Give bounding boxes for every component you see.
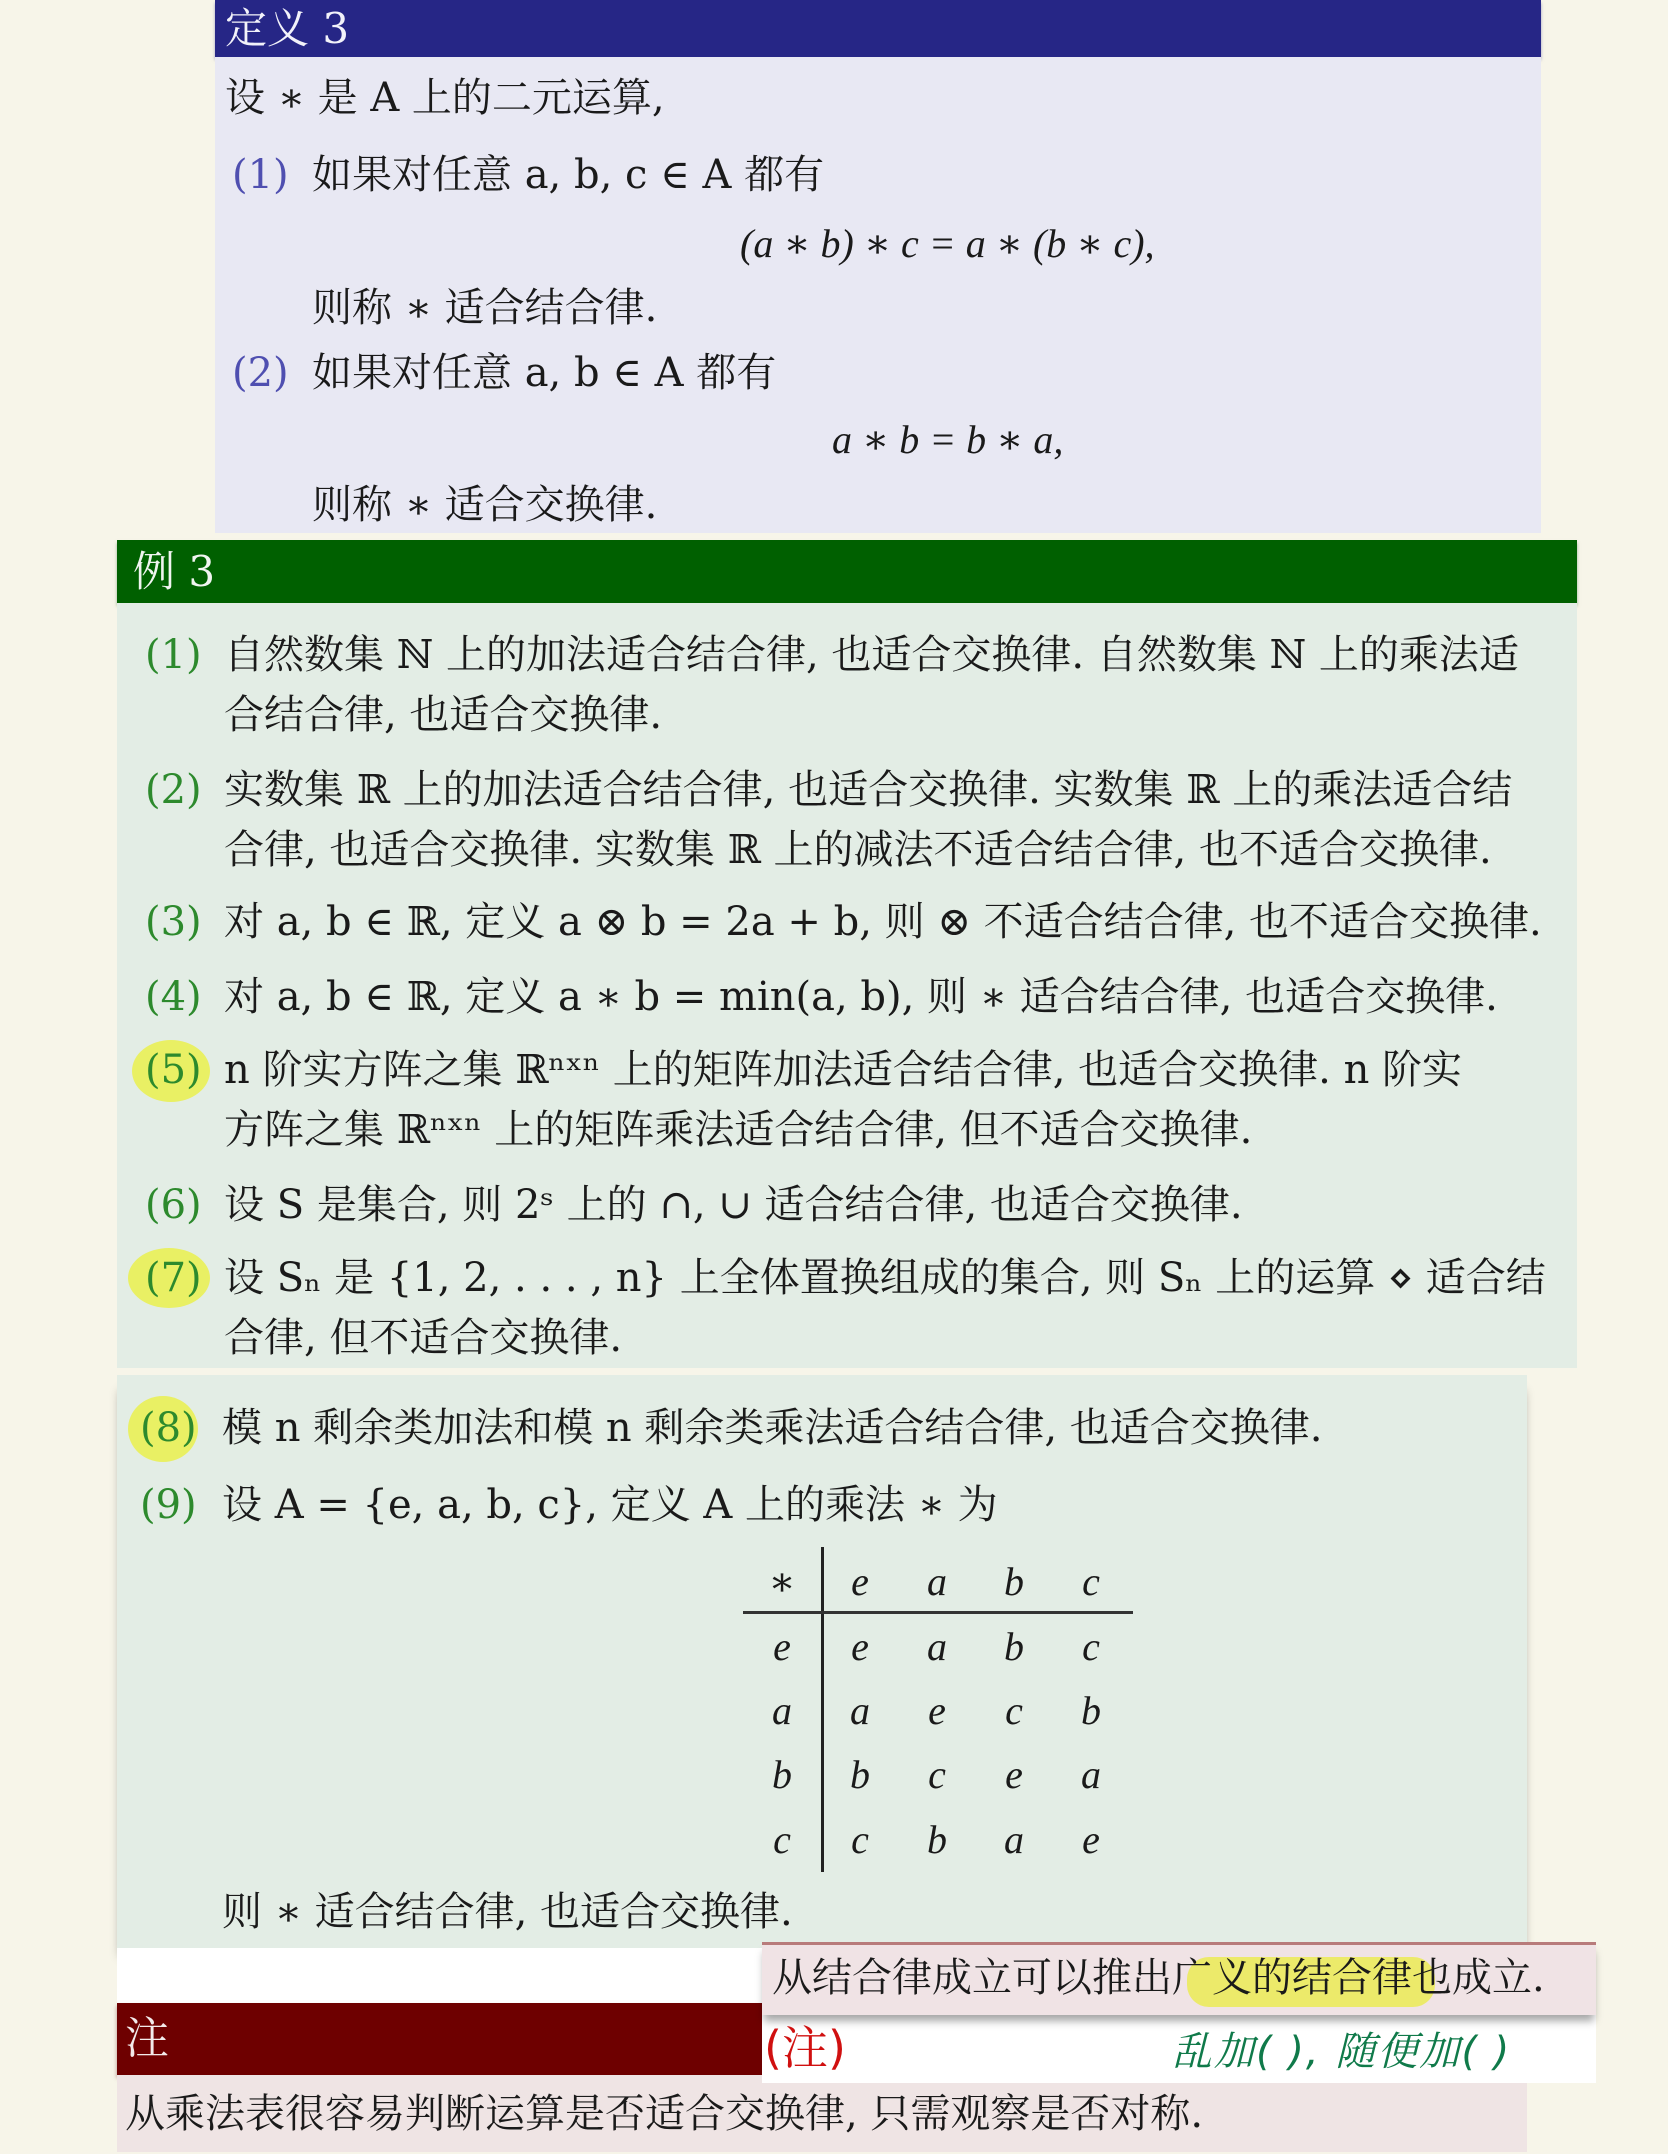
table-cell: c <box>984 1686 1044 1736</box>
table-cell: e <box>984 1750 1044 1800</box>
example-conclusion: 则 ∗ 适合结合律, 也适合交换律. <box>222 1882 793 1942</box>
definition-item-number: (1) <box>232 145 289 205</box>
table-header-cell: e <box>830 1557 890 1607</box>
pasted-note-highlighted-text: 广义的结合律 <box>1172 1955 1412 2001</box>
example-item-number: (1) <box>145 625 202 685</box>
pasted-note-text: 从结合律成立可以推出广义的结合律也成立. <box>772 1948 1545 2008</box>
note-title: 注 <box>125 2009 169 2069</box>
table-cell: a <box>830 1686 890 1736</box>
example-header: 例 3 <box>117 540 1577 603</box>
table-cell: b <box>1061 1686 1121 1736</box>
definition-item-condition: 如果对任意 a, b, c ∈ A 都有 <box>312 145 824 205</box>
table-header-cell: a <box>907 1557 967 1607</box>
table-header-cell: c <box>1061 1557 1121 1607</box>
table-cell: b <box>830 1750 890 1800</box>
table-cell: e <box>830 1622 890 1672</box>
definition-item-number: (2) <box>232 343 289 403</box>
example-item-number: (5) <box>145 1040 202 1100</box>
example-item-text: 实数集 ℝ 上的加法适合结合律, 也适合交换律. 实数集 ℝ 上的乘法适合结 <box>224 760 1512 820</box>
definition-title: 定义 3 <box>225 2 349 56</box>
table-row-label: a <box>752 1686 812 1736</box>
handwritten-green-annotation: 乱加( ), 随便加( ) <box>1172 2026 1511 2078</box>
table-cell: a <box>907 1622 967 1672</box>
table-row-label: e <box>752 1622 812 1672</box>
definition-item-conclusion: 则称 ∗ 适合结合律. <box>312 278 657 338</box>
handwritten-red-annotation: (注) <box>764 2020 846 2076</box>
table-cell: b <box>907 1815 967 1865</box>
pasted-note-overlay: 从结合律成立可以推出广义的结合律也成立. (注) 乱加( ), 随便加( ) <box>762 1942 1596 2083</box>
example-item-text: 模 n 剩余类加法和模 n 剩余类乘法适合结合律, 也适合交换律. <box>222 1398 1323 1458</box>
table-cell: c <box>907 1750 967 1800</box>
pasted-note-box: 从结合律成立可以推出广义的结合律也成立. <box>762 1942 1596 2015</box>
table-header-cell: b <box>984 1557 1044 1607</box>
table-cell: e <box>907 1686 967 1736</box>
example-title: 例 3 <box>133 544 215 600</box>
table-row-label: b <box>752 1750 812 1800</box>
associative-equation: (a ∗ b) ∗ c = a ∗ (b ∗ c), <box>740 214 1155 274</box>
table-cell: e <box>1061 1815 1121 1865</box>
table-vertical-rule <box>821 1547 824 1872</box>
example-item-text: 方阵之集 ℝⁿˣⁿ 上的矩阵乘法适合结合律, 但不适合交换律. <box>224 1100 1252 1160</box>
table-cell: b <box>984 1622 1044 1672</box>
table-horizontal-rule <box>743 1611 1133 1614</box>
definition-item-conclusion: 则称 ∗ 适合交换律. <box>312 475 657 535</box>
example-item-text: 合结合律, 也适合交换律. <box>224 685 662 745</box>
example-item-text: 设 Sₙ 是 {1, 2, . . . , n} 上全体置换组成的集合, 则 S… <box>224 1248 1546 1308</box>
example-item-number: (3) <box>145 892 202 952</box>
example-item-text: n 阶实方阵之集 ℝⁿˣⁿ 上的矩阵加法适合结合律, 也适合交换律. n 阶实 <box>224 1040 1462 1100</box>
example-item-text: 合律, 但不适合交换律. <box>224 1308 622 1368</box>
note-body: 从乘法表很容易判断运算是否适合交换律, 只需观察是否对称. <box>117 2075 1527 2152</box>
example-item-number: (2) <box>145 760 202 820</box>
example-item-number: (8) <box>140 1398 197 1458</box>
table-corner: ∗ <box>752 1557 812 1607</box>
example-item-number: (4) <box>145 967 202 1027</box>
pasted-note-text-before: 从结合律成立可以推出 <box>772 1955 1172 2001</box>
table-cell: a <box>1061 1750 1121 1800</box>
example-item-text: 合律, 也适合交换律. 实数集 ℝ 上的减法不适合结合律, 也不适合交换律. <box>224 820 1492 880</box>
example-item-number: (9) <box>140 1475 197 1535</box>
definition-intro: 设 ∗ 是 A 上的二元运算, <box>225 68 665 128</box>
example-item-text: 对 a, b ∈ ℝ, 定义 a ∗ b = min(a, b), 则 ∗ 适合… <box>224 967 1498 1027</box>
table-cell: c <box>1061 1622 1121 1672</box>
example-item-text: 对 a, b ∈ ℝ, 定义 a ⊗ b = 2a + b, 则 ⊗ 不适合结合… <box>224 892 1542 952</box>
definition-item-condition: 如果对任意 a, b ∈ A 都有 <box>312 343 776 403</box>
example-item-text: 设 A = {e, a, b, c}, 定义 A 上的乘法 ∗ 为 <box>222 1475 998 1535</box>
definition-header: 定义 3 <box>215 0 1541 57</box>
table-cell: c <box>830 1815 890 1865</box>
example-item-text: 设 S 是集合, 则 2ˢ 上的 ∩, ∪ 适合结合律, 也适合交换律. <box>224 1175 1243 1235</box>
note-text: 从乘法表很容易判断运算是否适合交换律, 只需观察是否对称. <box>125 2084 1203 2144</box>
example-item-number: (6) <box>145 1175 202 1235</box>
example-item-number: (7) <box>145 1248 202 1308</box>
table-cell: a <box>984 1815 1044 1865</box>
commutative-equation: a ∗ b = b ∗ a, <box>832 410 1063 470</box>
table-row-label: c <box>752 1815 812 1865</box>
pasted-note-text-after: 也成立. <box>1412 1955 1545 2001</box>
example-item-text: 自然数集 ℕ 上的加法适合结合律, 也适合交换律. 自然数集 ℕ 上的乘法适 <box>224 625 1519 685</box>
